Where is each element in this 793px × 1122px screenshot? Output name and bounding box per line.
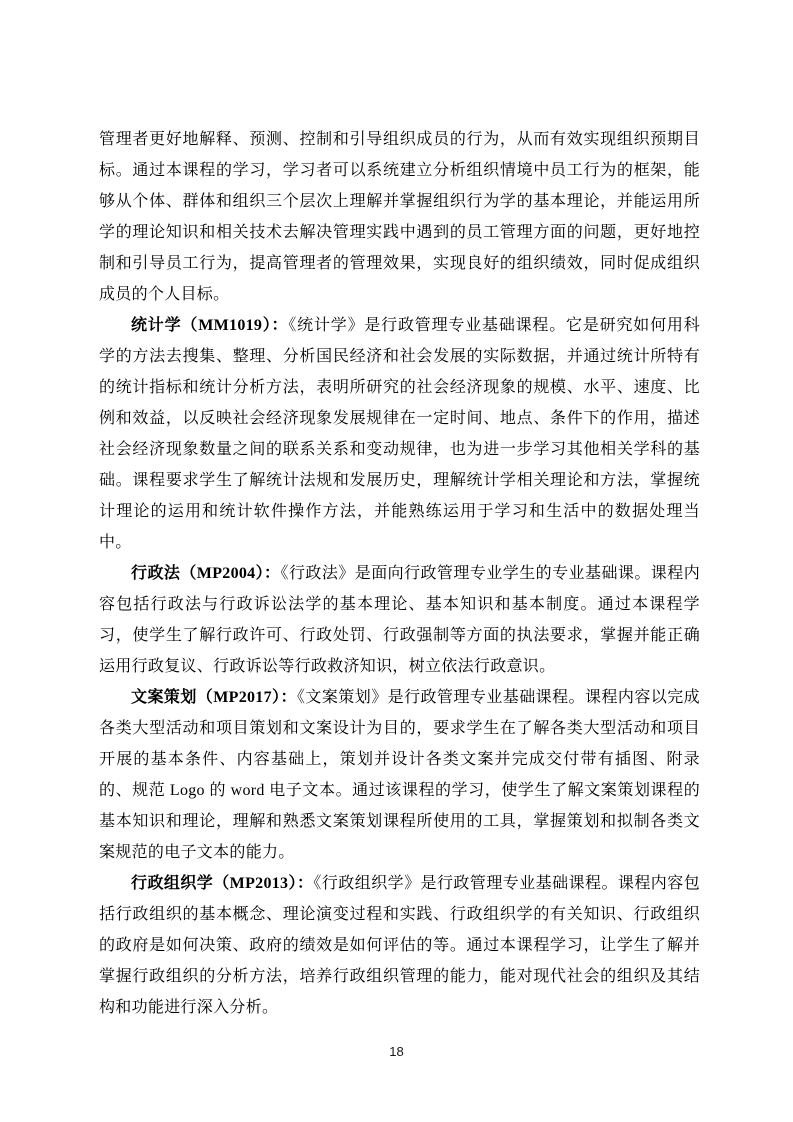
- paragraph-text: 《文案策划》是行政管理专业基础课程。课程内容以完成各类大型活动和项目策划和文案设…: [99, 689, 700, 861]
- page-number: 18: [389, 1044, 403, 1059]
- paragraph-statistics-course: 统计学（MM1019）：《统计学》是行政管理专业基础课程。它是研究如何用科学的方…: [99, 310, 700, 558]
- document-body: 管理者更好地解释、预测、控制和引导组织成员的行为，从而有效实现组织预期目标。通过…: [99, 124, 700, 1023]
- paragraph-text: 《统计学》是行政管理专业基础课程。它是研究如何用科学的方法去搜集、整理、分析国民…: [99, 317, 700, 551]
- paragraph-copywriting-course: 文案策划（MP2017）：《文案策划》是行政管理专业基础课程。课程内容以完成各类…: [99, 682, 700, 868]
- document-page: 管理者更好地解释、预测、控制和引导组织成员的行为，从而有效实现组织预期目标。通过…: [0, 0, 793, 1122]
- paragraph-text: 管理者更好地解释、预测、控制和引导组织成员的行为，从而有效实现组织预期目标。通过…: [99, 131, 700, 303]
- course-title-copywriting: 文案策划（MP2017）：: [131, 689, 297, 706]
- paragraph-administrative-law-course: 行政法（MP2004）：《行政法》是面向行政管理专业学生的专业基础课。课程内容包…: [99, 558, 700, 682]
- page-footer: 18: [0, 1044, 793, 1059]
- paragraph-text: 《行政组织学》是行政管理专业基础课程。课程内容包括行政组织的基本概念、理论演变过…: [99, 875, 700, 1016]
- paragraph-organizational-behavior-continuation: 管理者更好地解释、预测、控制和引导组织成员的行为，从而有效实现组织预期目标。通过…: [99, 124, 700, 310]
- course-title-administrative-law: 行政法（MP2004）：: [131, 565, 281, 582]
- course-title-administrative-organization: 行政组织学（MP2013）：: [131, 875, 313, 892]
- paragraph-administrative-organization-course: 行政组织学（MP2013）：《行政组织学》是行政管理专业基础课程。课程内容包括行…: [99, 868, 700, 1023]
- course-title-statistics: 统计学（MM1019）：: [131, 317, 288, 334]
